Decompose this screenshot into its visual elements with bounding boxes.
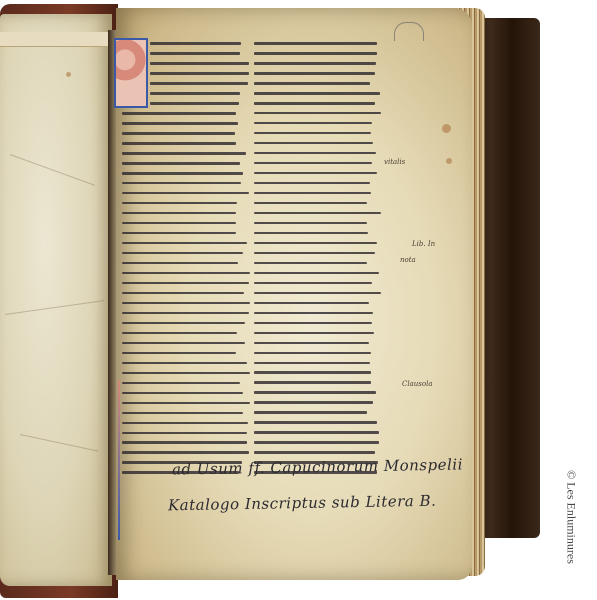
script-line xyxy=(254,371,371,374)
script-line xyxy=(150,102,239,105)
script-line xyxy=(122,262,238,265)
script-line xyxy=(122,272,250,275)
marginal-note: vitalis xyxy=(384,158,405,166)
script-line xyxy=(254,122,372,125)
marginal-note: Lib. In xyxy=(412,240,435,248)
script-line xyxy=(122,112,236,115)
script-line xyxy=(254,381,371,384)
script-line xyxy=(150,62,249,65)
script-line xyxy=(122,192,249,195)
script-line xyxy=(122,451,249,454)
script-line xyxy=(122,172,243,175)
left-page xyxy=(0,14,112,586)
crease xyxy=(5,300,104,315)
script-line xyxy=(122,342,245,345)
script-line xyxy=(254,362,370,365)
script-line xyxy=(254,441,379,444)
script-line xyxy=(122,402,250,405)
marginal-note: Clausola xyxy=(402,380,433,388)
script-line xyxy=(150,42,241,45)
script-line xyxy=(254,232,368,235)
script-line xyxy=(254,212,381,215)
script-line xyxy=(122,242,247,245)
script-line xyxy=(254,312,373,315)
script-line xyxy=(122,162,240,165)
script-line xyxy=(254,112,381,115)
script-line xyxy=(254,252,375,255)
text-column-right xyxy=(254,42,382,481)
script-line xyxy=(254,202,367,205)
script-line xyxy=(254,272,379,275)
script-line xyxy=(254,132,371,135)
script-line xyxy=(122,382,240,385)
script-line xyxy=(254,411,367,414)
script-line xyxy=(254,352,371,355)
stain xyxy=(66,72,71,77)
crease xyxy=(10,154,95,186)
script-line xyxy=(122,432,247,435)
script-line xyxy=(122,352,236,355)
script-line xyxy=(122,322,245,325)
script-line xyxy=(150,92,240,95)
text-column-left-top xyxy=(150,42,250,112)
script-line xyxy=(254,401,373,404)
script-line xyxy=(122,152,246,155)
script-line xyxy=(254,302,369,305)
script-line xyxy=(254,342,369,345)
script-line xyxy=(254,152,376,155)
script-line xyxy=(122,232,236,235)
script-line xyxy=(122,412,243,415)
copyright-watermark: © Les Enluminures xyxy=(560,462,582,572)
script-line xyxy=(254,52,377,55)
script-line xyxy=(122,392,243,395)
script-line xyxy=(122,282,249,285)
script-line xyxy=(122,302,250,305)
script-line xyxy=(254,182,370,185)
script-line xyxy=(254,192,371,195)
script-line xyxy=(122,182,241,185)
script-line xyxy=(122,332,237,335)
script-line xyxy=(254,222,367,225)
stain xyxy=(442,124,451,133)
script-line xyxy=(254,72,375,75)
script-line xyxy=(254,451,375,454)
script-line xyxy=(254,332,374,335)
text-column-left xyxy=(122,112,250,481)
script-line xyxy=(122,372,250,375)
script-line xyxy=(122,441,247,444)
decorated-initial xyxy=(114,38,148,108)
script-line xyxy=(254,262,367,265)
script-line xyxy=(150,52,240,55)
script-line xyxy=(254,391,376,394)
script-line xyxy=(254,172,377,175)
script-line xyxy=(254,162,372,165)
left-page-top-band xyxy=(0,32,108,47)
stain xyxy=(446,158,452,164)
marginal-note: nota xyxy=(400,256,416,264)
script-line xyxy=(254,322,372,325)
script-line xyxy=(122,362,247,365)
script-line xyxy=(122,122,238,125)
script-line xyxy=(254,242,377,245)
shelfmark xyxy=(394,22,424,41)
crease xyxy=(20,434,98,452)
script-line xyxy=(254,421,377,424)
script-line xyxy=(254,92,380,95)
script-line xyxy=(254,431,379,434)
script-line xyxy=(150,72,249,75)
watermark-text: © Les Enluminures xyxy=(564,470,579,564)
script-line xyxy=(254,102,375,105)
script-line xyxy=(150,82,248,85)
script-line xyxy=(254,142,373,145)
manuscript-photo: vitalis Lib. In nota Clausola ad Usum ff… xyxy=(0,0,597,600)
script-line xyxy=(254,62,376,65)
script-line xyxy=(254,42,377,45)
rubric-border xyxy=(118,380,120,540)
script-line xyxy=(122,422,248,425)
script-line xyxy=(122,252,243,255)
script-line xyxy=(122,202,237,205)
script-line xyxy=(122,132,235,135)
script-line xyxy=(122,142,236,145)
script-line xyxy=(122,212,236,215)
script-line xyxy=(122,292,244,295)
script-line xyxy=(122,312,249,315)
script-line xyxy=(122,222,236,225)
script-line xyxy=(254,282,372,285)
script-line xyxy=(254,82,370,85)
script-line xyxy=(254,292,381,295)
